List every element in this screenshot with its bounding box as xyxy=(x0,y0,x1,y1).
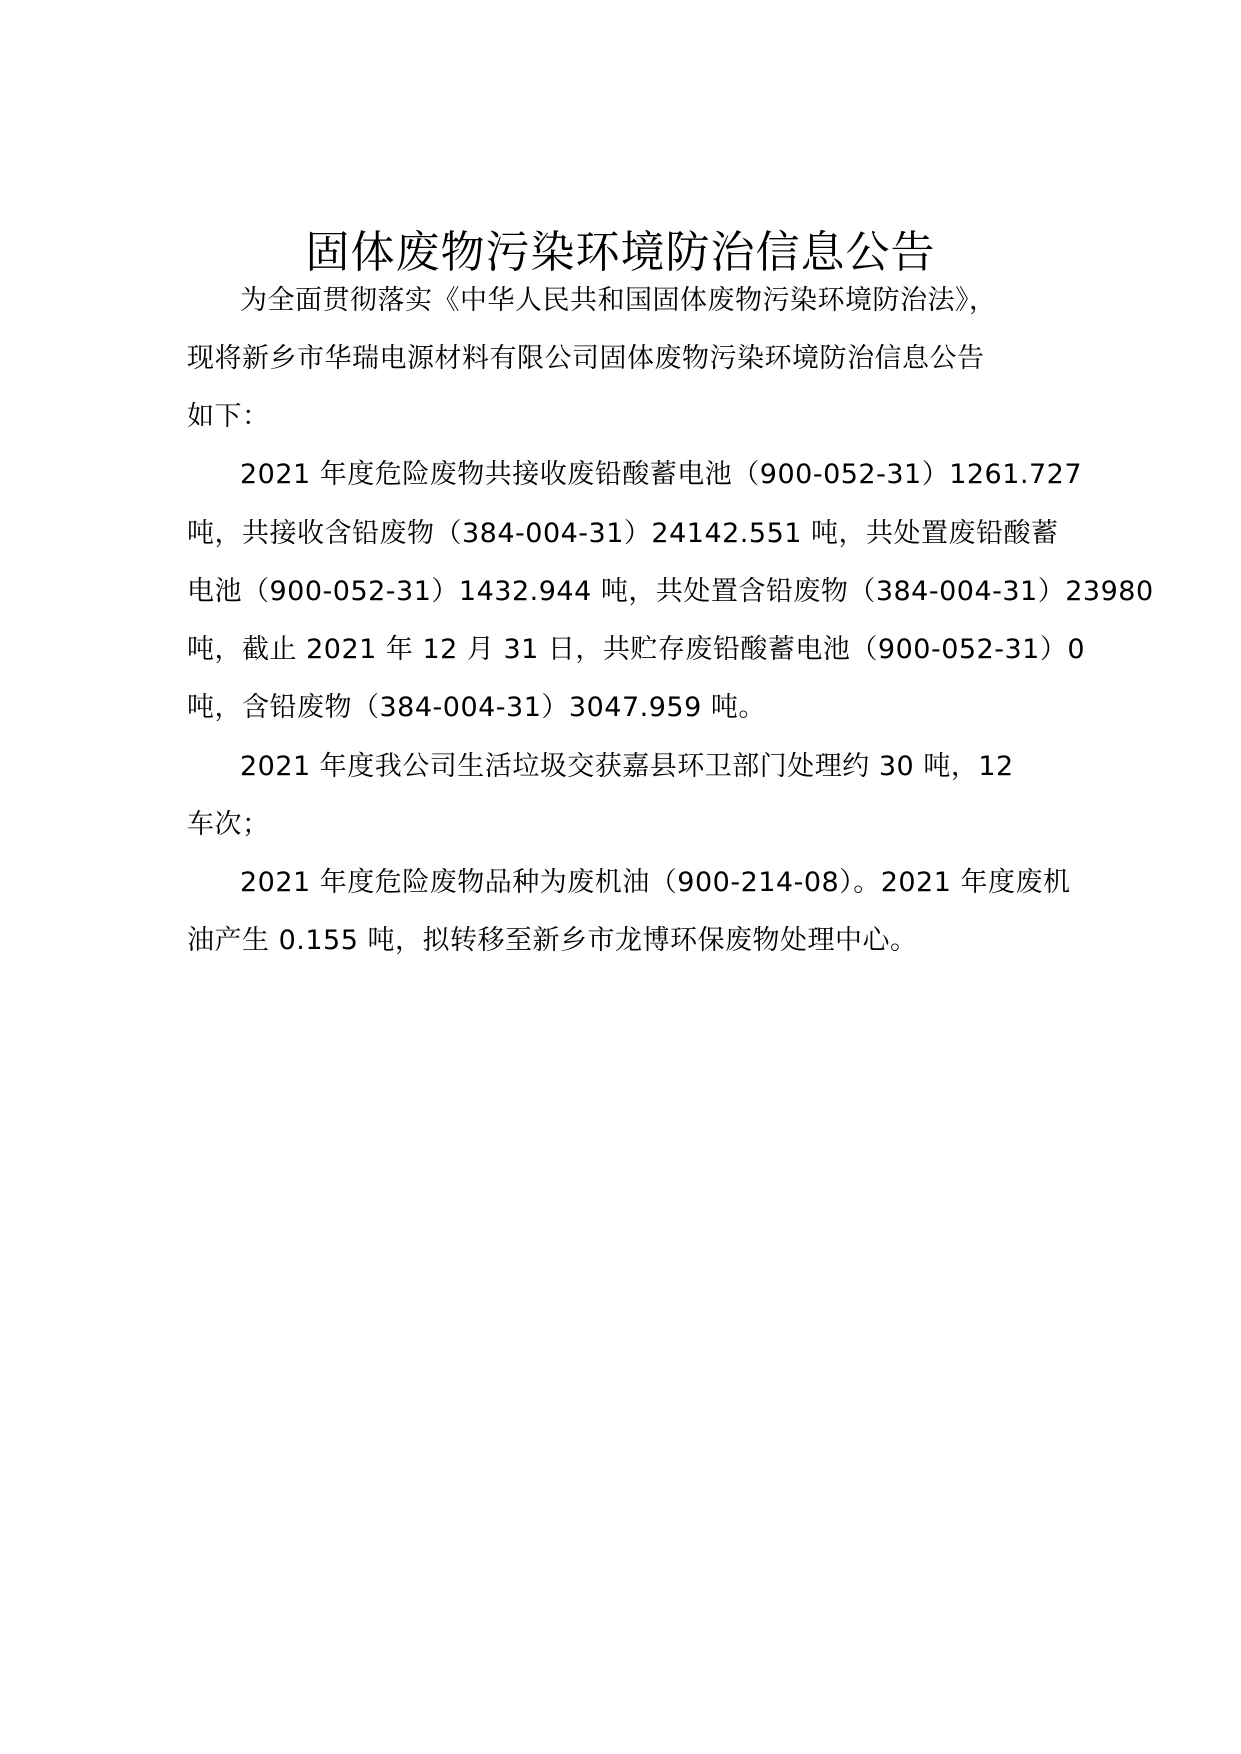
paragraph-line: 为全面贯彻落实《中华人民共和国固体废物污染环境防治法》， xyxy=(240,283,1110,319)
document-title: 固体废物污染环境防治信息公告 xyxy=(0,225,1241,281)
paragraph-line: 油产生 0.155 吨，拟转移至新乡市龙博环保废物处理中心。 xyxy=(187,923,1057,959)
paragraph-line: 如下： xyxy=(187,399,1057,435)
paragraph-line: 电池（900-052-31）1432.944 吨，共处置含铅废物（384-004… xyxy=(187,574,1057,610)
paragraph-line: 2021 年度危险废物品种为废机油（900-214-08）。2021 年度废机 xyxy=(240,865,1110,901)
document-page: 固体废物污染环境防治信息公告 为全面贯彻落实《中华人民共和国固体废物污染环境防治… xyxy=(0,0,1241,1754)
paragraph-line: 2021 年度危险废物共接收废铅酸蓄电池（900-052-31）1261.727 xyxy=(240,457,1110,493)
paragraph-line: 吨，共接收含铅废物（384-004-31）24142.551 吨，共处置废铅酸蓄 xyxy=(187,516,1057,552)
paragraph-line: 2021 年度我公司生活垃圾交获嘉县环卫部门处理约 30 吨，12 xyxy=(240,749,1110,785)
paragraph-line: 吨，含铅废物（384-004-31）3047.959 吨。 xyxy=(187,690,1057,726)
paragraph-line: 车次； xyxy=(187,807,1057,843)
paragraph-line: 现将新乡市华瑞电源材料有限公司固体废物污染环境防治信息公告 xyxy=(187,341,1057,377)
paragraph-line: 吨，截止 2021 年 12 月 31 日，共贮存废铅酸蓄电池（900-052-… xyxy=(187,632,1057,668)
